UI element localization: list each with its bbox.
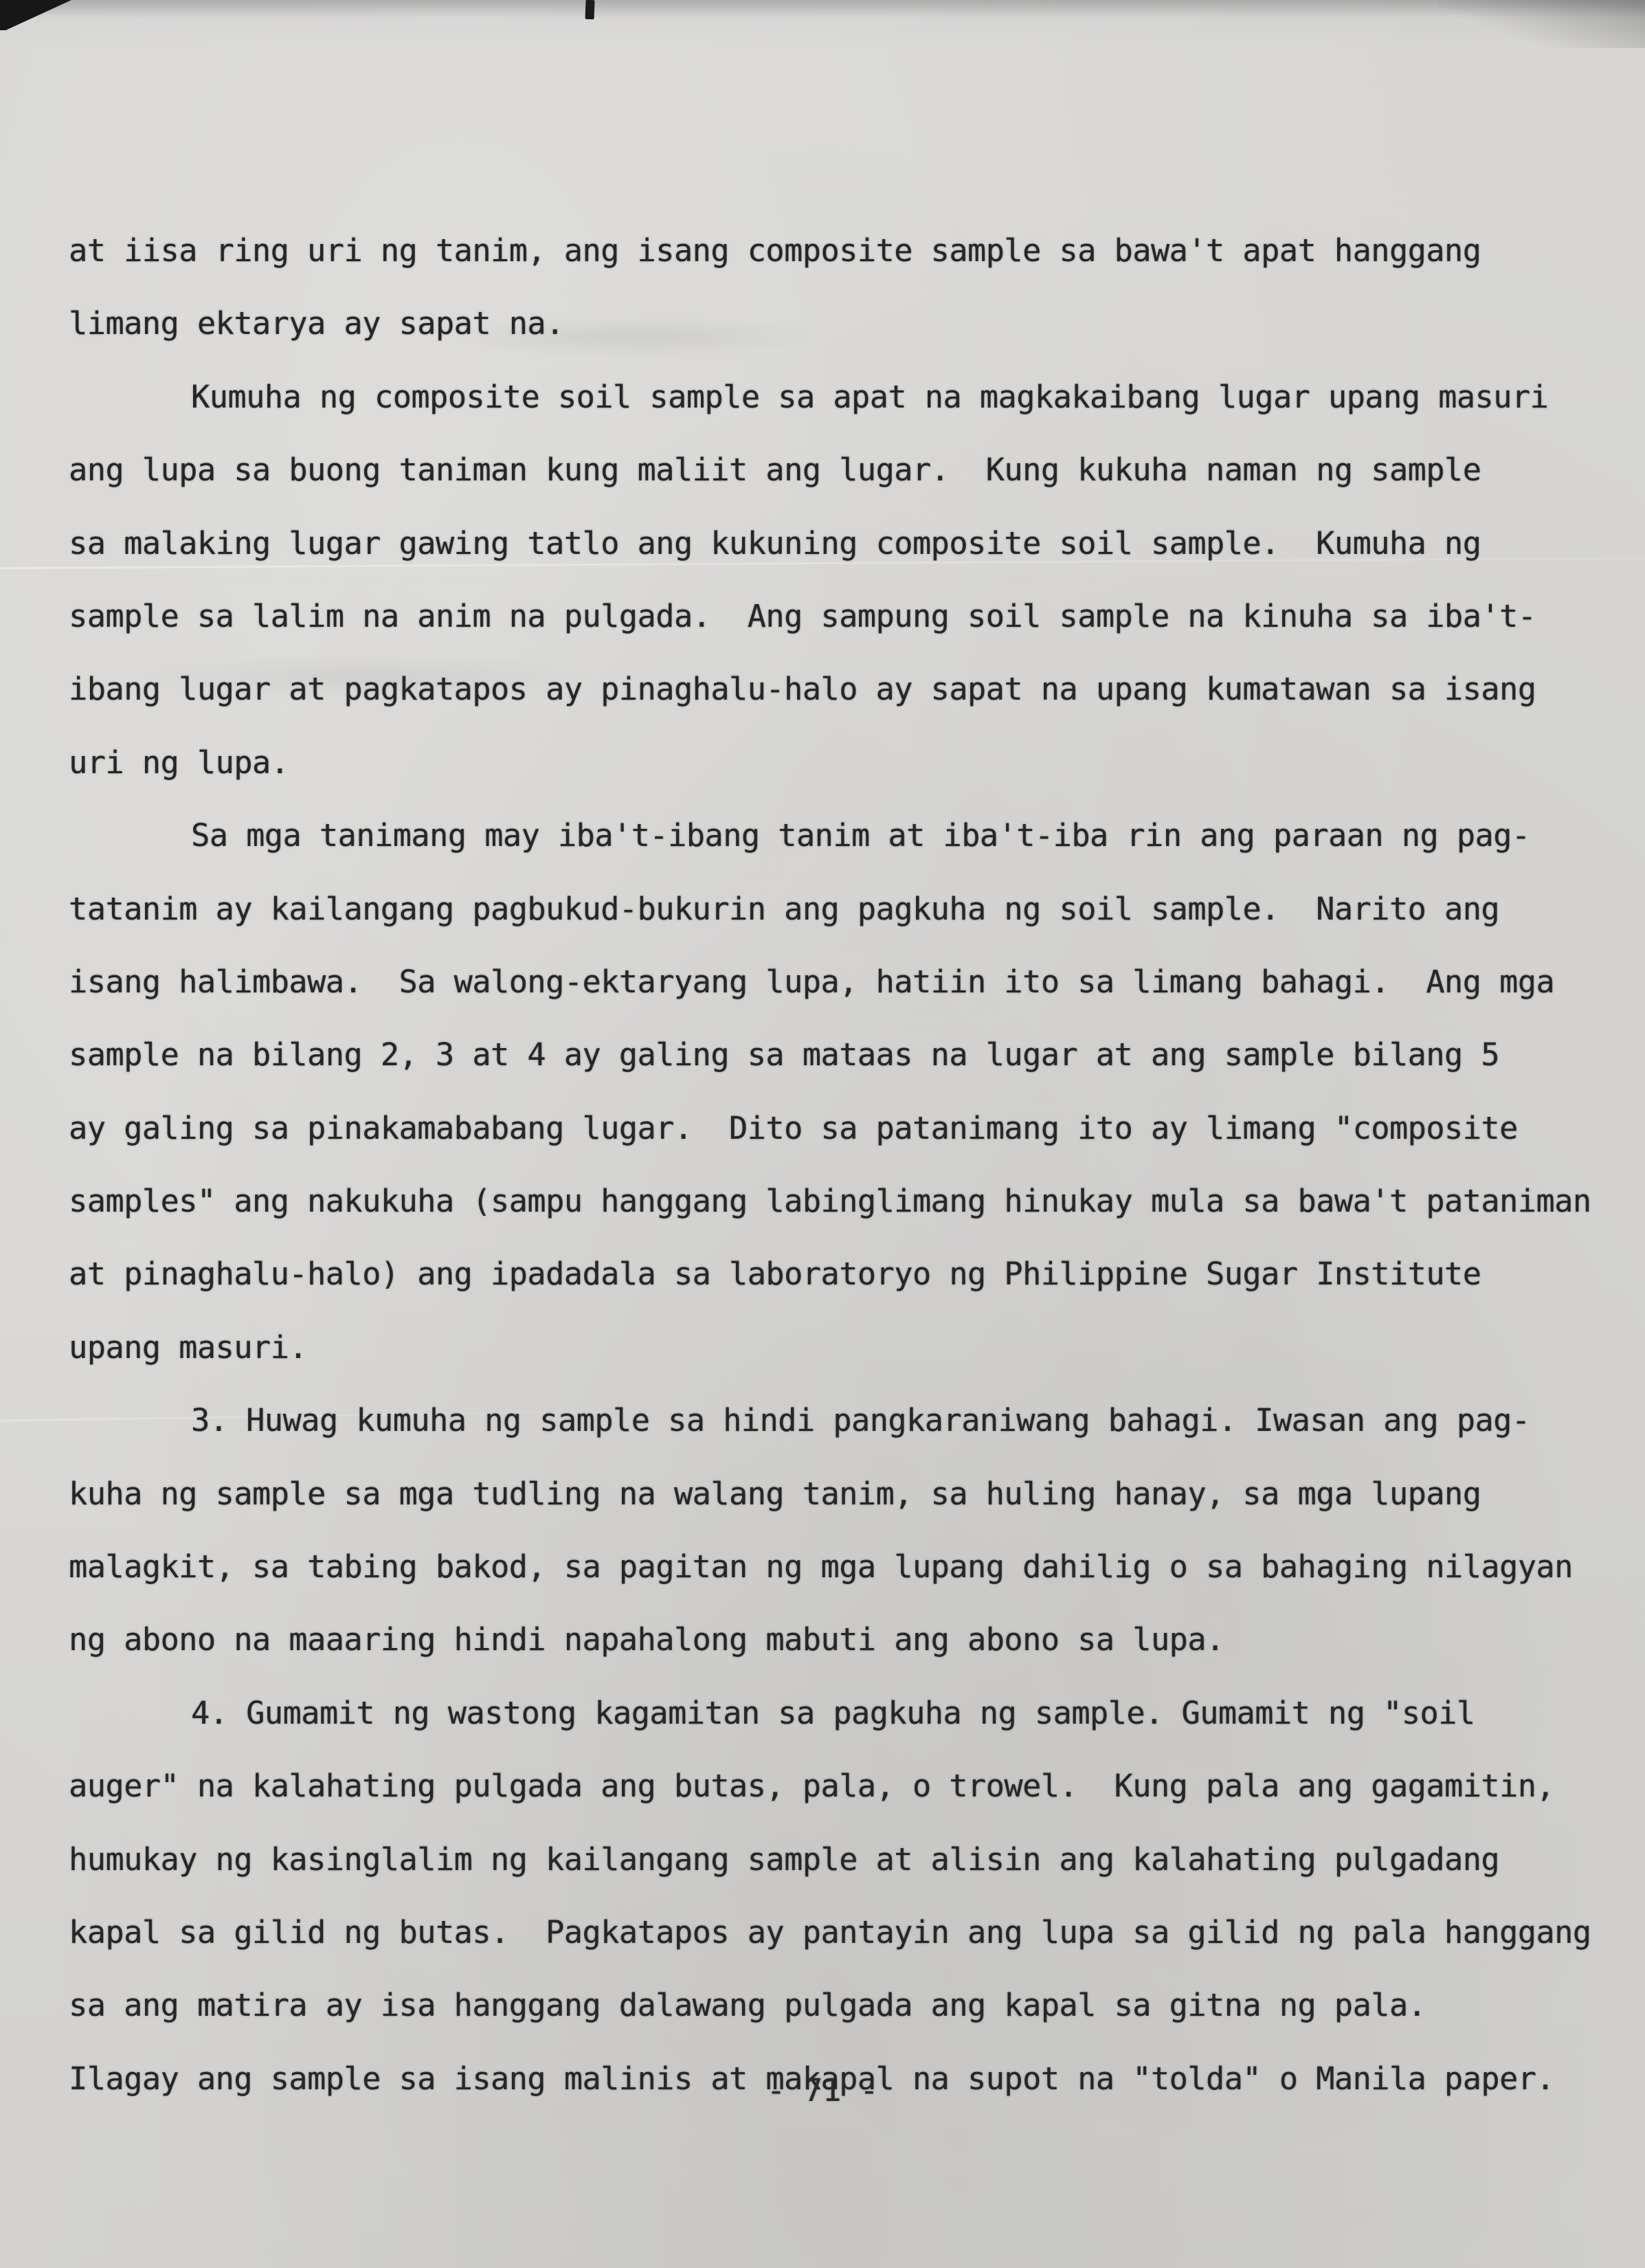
text-line-numbered-item-4: 4. Gumamit ng wastong kagamitan sa pagku… — [69, 1677, 1622, 1750]
text-line: at pinaghalu-halo) ang ipadadala sa labo… — [69, 1238, 1622, 1311]
text-line: samples" ang nakukuha (sampu hanggang la… — [69, 1165, 1622, 1238]
typewritten-text-block: at iisa ring uri ng tanim, ang isang com… — [69, 214, 1622, 2115]
text-line: humukay ng kasinglalim ng kailangang sam… — [69, 1823, 1622, 1896]
text-line: limang ektarya ay sapat na. — [69, 287, 1622, 360]
text-line: kapal sa gilid ng butas. Pagkatapos ay p… — [69, 1896, 1622, 1969]
text-line: at iisa ring uri ng tanim, ang isang com… — [69, 214, 1622, 287]
text-line-paragraph-start: Sa mga tanimang may iba't-ibang tanim at… — [69, 799, 1622, 872]
text-line: auger" na kalahating pulgada ang butas, … — [69, 1750, 1622, 1823]
scan-artifact-top-right-shade — [1439, 0, 1645, 48]
scan-artifact-top-dash — [585, 0, 595, 19]
text-line: kuha ng sample sa mga tudling na walang … — [69, 1458, 1622, 1531]
text-line: uri ng lupa. — [69, 726, 1622, 799]
text-line: malagkit, sa tabing bakod, sa pagitan ng… — [69, 1531, 1622, 1603]
scan-top-shadow — [0, 0, 1645, 18]
text-line: upang masuri. — [69, 1311, 1622, 1384]
page-number: - 71 - — [0, 2070, 1645, 2111]
text-line-paragraph-start: Kumuha ng composite soil sample sa apat … — [69, 361, 1622, 434]
text-line: tatanim ay kailangang pagbukud-bukurin a… — [69, 873, 1622, 946]
text-line: isang halimbawa. Sa walong-ektaryang lup… — [69, 946, 1622, 1019]
text-line: sa ang matira ay isa hanggang dalawang p… — [69, 1969, 1622, 2042]
text-line: ang lupa sa buong taniman kung maliit an… — [69, 434, 1622, 507]
text-line: ibang lugar at pagkatapos ay pinaghalu-h… — [69, 653, 1622, 726]
text-line: sa malaking lugar gawing tatlo ang kukun… — [69, 507, 1622, 580]
text-line-numbered-item-3: 3. Huwag kumuha ng sample sa hindi pangk… — [69, 1384, 1622, 1457]
text-line: ay galing sa pinakamababang lugar. Dito … — [69, 1092, 1622, 1165]
text-line: ng abono na maaaring hindi napahalong ma… — [69, 1603, 1622, 1676]
text-line: sample na bilang 2, 3 at 4 ay galing sa … — [69, 1019, 1622, 1091]
text-line: sample sa lalim na anim na pulgada. Ang … — [69, 580, 1622, 653]
scanned-document-page: at iisa ring uri ng tanim, ang isang com… — [0, 0, 1645, 2268]
